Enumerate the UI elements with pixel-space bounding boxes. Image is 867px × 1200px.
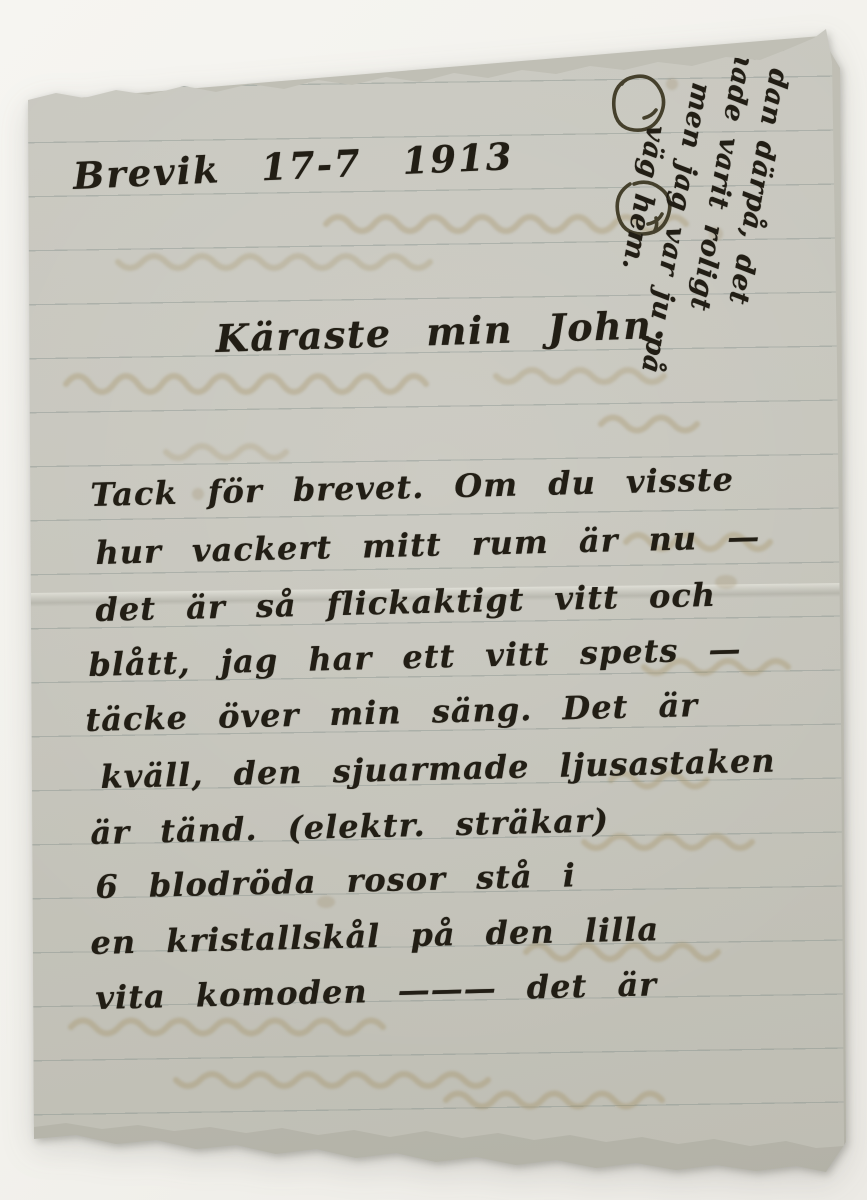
letter-page: Brevik 17-7 1913 Käraste min John. Tack …: [26, 22, 846, 1154]
letter-scan: Brevik 17-7 1913 Käraste min John. Tack …: [26, 22, 850, 1182]
